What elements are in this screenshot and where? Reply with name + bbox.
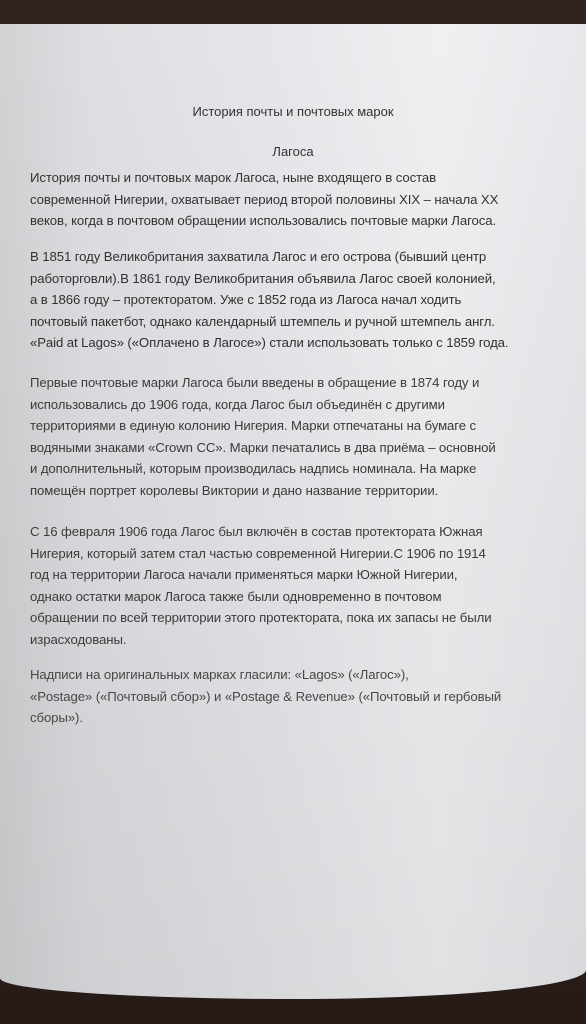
text-line: современной Нигерии, охватывает период в… [30, 189, 570, 211]
text-line: использовались до 1906 года, когда Лагос… [30, 394, 570, 416]
text-line: территориями в единую колонию Нигерия. М… [30, 415, 570, 437]
text-line: В 1851 году Великобритания захватила Лаг… [30, 246, 570, 268]
text-line: а в 1866 году – протекторатом. Уже с 185… [30, 289, 570, 311]
paragraph-inscriptions: Надписи на оригинальных марках гласили: … [30, 664, 570, 729]
text-line: почтовый пакетбот, однако календарный шт… [30, 311, 570, 333]
text-line: История почты и почтовых марок Лагоса, н… [30, 167, 570, 189]
document-title-line-1: История почты и почтовых марок [0, 104, 586, 119]
text-line: помещён портрет королевы Виктории и дано… [30, 480, 570, 502]
text-line: и дополнительный, которым производилась … [30, 458, 570, 480]
text-line: однако остатки марок Лагоса также были о… [30, 586, 570, 608]
text-line: Надписи на оригинальных марках гласили: … [30, 664, 570, 686]
paragraph-first-stamps: Первые почтовые марки Лагоса были введен… [30, 372, 570, 501]
text-line: Первые почтовые марки Лагоса были введен… [30, 372, 570, 394]
text-line: работорговли).В 1861 году Великобритания… [30, 268, 570, 290]
paragraph-intro: История почты и почтовых марок Лагоса, н… [30, 167, 570, 232]
text-line: Нигерия, который затем стал частью совре… [30, 543, 570, 565]
text-line: «Paid at Lagos» («Оплачено в Лагосе») ст… [30, 332, 570, 354]
document-title-line-2: Лагоса [0, 144, 586, 159]
paragraph-history-1851: В 1851 году Великобритания захватила Лаг… [30, 246, 570, 354]
text-line: водяными знаками «Crown CC». Марки печат… [30, 437, 570, 459]
text-line: С 16 февраля 1906 года Лагос был включён… [30, 521, 570, 543]
text-line: израсходованы. [30, 629, 570, 651]
text-line: «Postage» («Почтовый сбор») и «Postage &… [30, 686, 570, 708]
paper-sheet: История почты и почтовых марок Лагоса Ис… [0, 24, 586, 999]
text-line: сборы»). [30, 707, 570, 729]
text-line: год на территории Лагоса начали применят… [30, 564, 570, 586]
paragraph-1906: С 16 февраля 1906 года Лагос был включён… [30, 521, 570, 650]
text-line: веков, когда в почтовом обращении исполь… [30, 210, 570, 232]
text-line: обращении по всей территории этого проте… [30, 607, 570, 629]
